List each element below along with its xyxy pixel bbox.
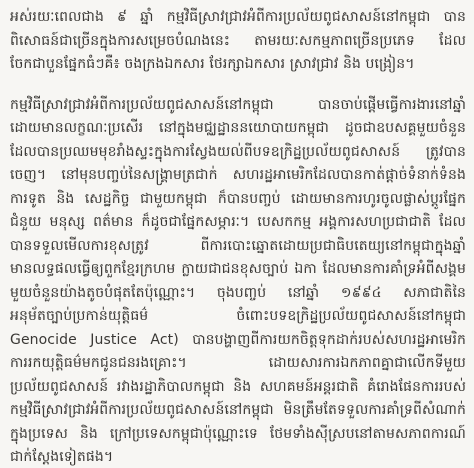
- text-line: មានលទ្ធផលធ្វើឲ្យពួកខ្មែរក្រហម ក្លាយជាជនខ…: [10, 258, 466, 282]
- text-line: ពិសោធន៍ជាច្រើនក្នុងការសម្រេចបំណងនេះ តាមរ…: [10, 30, 466, 54]
- text-line: ជំនួយ មនុស្ស ពត៌មាន ក៏ដូចជាផ្នែកសម្ភារៈ។…: [10, 211, 466, 235]
- text-line: កម្មវិធីស្រាវជ្រាវអំពីការប្រល័យពូជសាសន៍ន…: [10, 399, 466, 423]
- paragraph-2: កម្មវិធីស្រាវជ្រាវអំពីការប្រល័យពូជសាសន៍ន…: [10, 94, 466, 468]
- text-line: កម្មវិធីស្រាវជ្រាវអំពីការប្រល័យពូជសាសន៍ន…: [10, 94, 466, 118]
- document-page: អស់រយៈពេលជាង ៩ ឆ្នាំ កម្មវិធីស្រាវជ្រាវអ…: [0, 0, 474, 468]
- text-line: អនុម័តច្បាប់ប្រកាន់យុត្តិធម៌ ចំពោះបទឧក្រ…: [10, 305, 466, 329]
- text-line: មួយចំនួនយ៉ាងតូចបំផុតតែប៉ុណ្ណោះ។ ចុងបញ្ចប…: [10, 282, 466, 306]
- paragraph-1: អស់រយៈពេលជាង ៩ ឆ្នាំ កម្មវិធីស្រាវជ្រាវអ…: [10, 6, 466, 77]
- text-line: ដោយមានលក្ខណៈប្រសើរ នៅក្នុងមជ្ឈដ្ឋាននយោបា…: [10, 117, 466, 141]
- text-line: ជាក់ស្ដែងទៀតផង។: [10, 446, 466, 468]
- text-line: ក្នុងប្រទេស និង ក្រៅប្រទេសកម្ពុជាប៉ុណ្ណោ…: [10, 423, 466, 447]
- text-line: ប្រល័យពូជសាសន៍ រវាងរដ្ឋាភិបាលកម្ពុជា និង…: [10, 376, 466, 400]
- text-line: បានទទួលមើលការខុសត្រូវ ពីការបោះឆ្នោតដោយប្…: [10, 235, 466, 259]
- text-line: ដែលបានប្រឈមមុខរាំងស្ទះក្នុងការស្វែងយល់ពី…: [10, 141, 466, 165]
- text-line: អស់រយៈពេលជាង ៩ ឆ្នាំ កម្មវិធីស្រាវជ្រាវអ…: [10, 6, 466, 30]
- text-line: Genocide Justice Act) បានបង្ហាញពីការយកចិ…: [10, 329, 466, 353]
- text-line: ការទូត និង សេដ្ឋកិច្ច ជាមួយកម្ពុជា ក៏បាន…: [10, 188, 466, 212]
- text-line: ចេញ។ នៅមុនបញ្ចប់នៃសង្គ្រាមត្រជាក់ សហរដ្ឋ…: [10, 164, 466, 188]
- text-line: ចែកជាបួនផ្នែកធំៗគឺ៖ ចងក្រងឯកសារ ថែរក្សាឯ…: [10, 53, 466, 77]
- text-line: ការរកយុត្តិធម៌មកជូនជនរងគ្រោះ។ ដោយសារការឯ…: [10, 352, 466, 376]
